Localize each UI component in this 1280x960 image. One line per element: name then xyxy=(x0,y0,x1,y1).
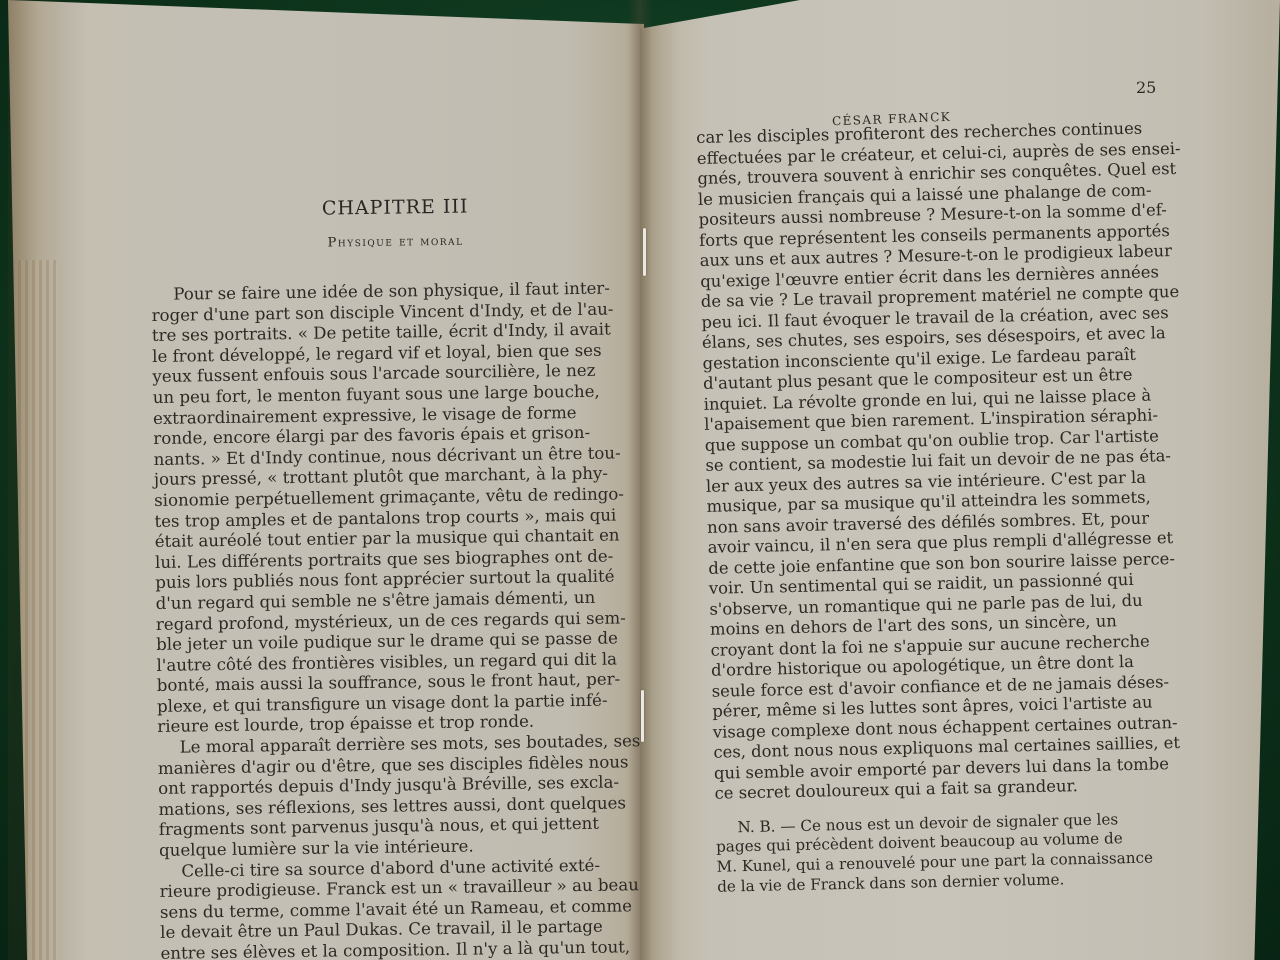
open-book: CHAPITRE III Physique et moral Pour se f… xyxy=(0,0,1280,960)
page-number: 25 xyxy=(1136,78,1156,97)
right-page-text: car les disciples profiteront des recher… xyxy=(696,118,1177,897)
page-edge-stack xyxy=(18,260,58,960)
left-body-lines: Pour se faire une idée de son physique, … xyxy=(151,278,650,960)
binding-stitch-top xyxy=(643,228,646,276)
left-page-text: CHAPITRE III Physique et moral Pour se f… xyxy=(150,193,651,960)
footnote-nb: N. B. — Ce nous est un devoir de signale… xyxy=(715,809,1177,898)
chapter-subtitle: Physique et moral xyxy=(151,231,641,253)
right-body-lines: car les disciples profiteront des recher… xyxy=(696,118,1175,804)
